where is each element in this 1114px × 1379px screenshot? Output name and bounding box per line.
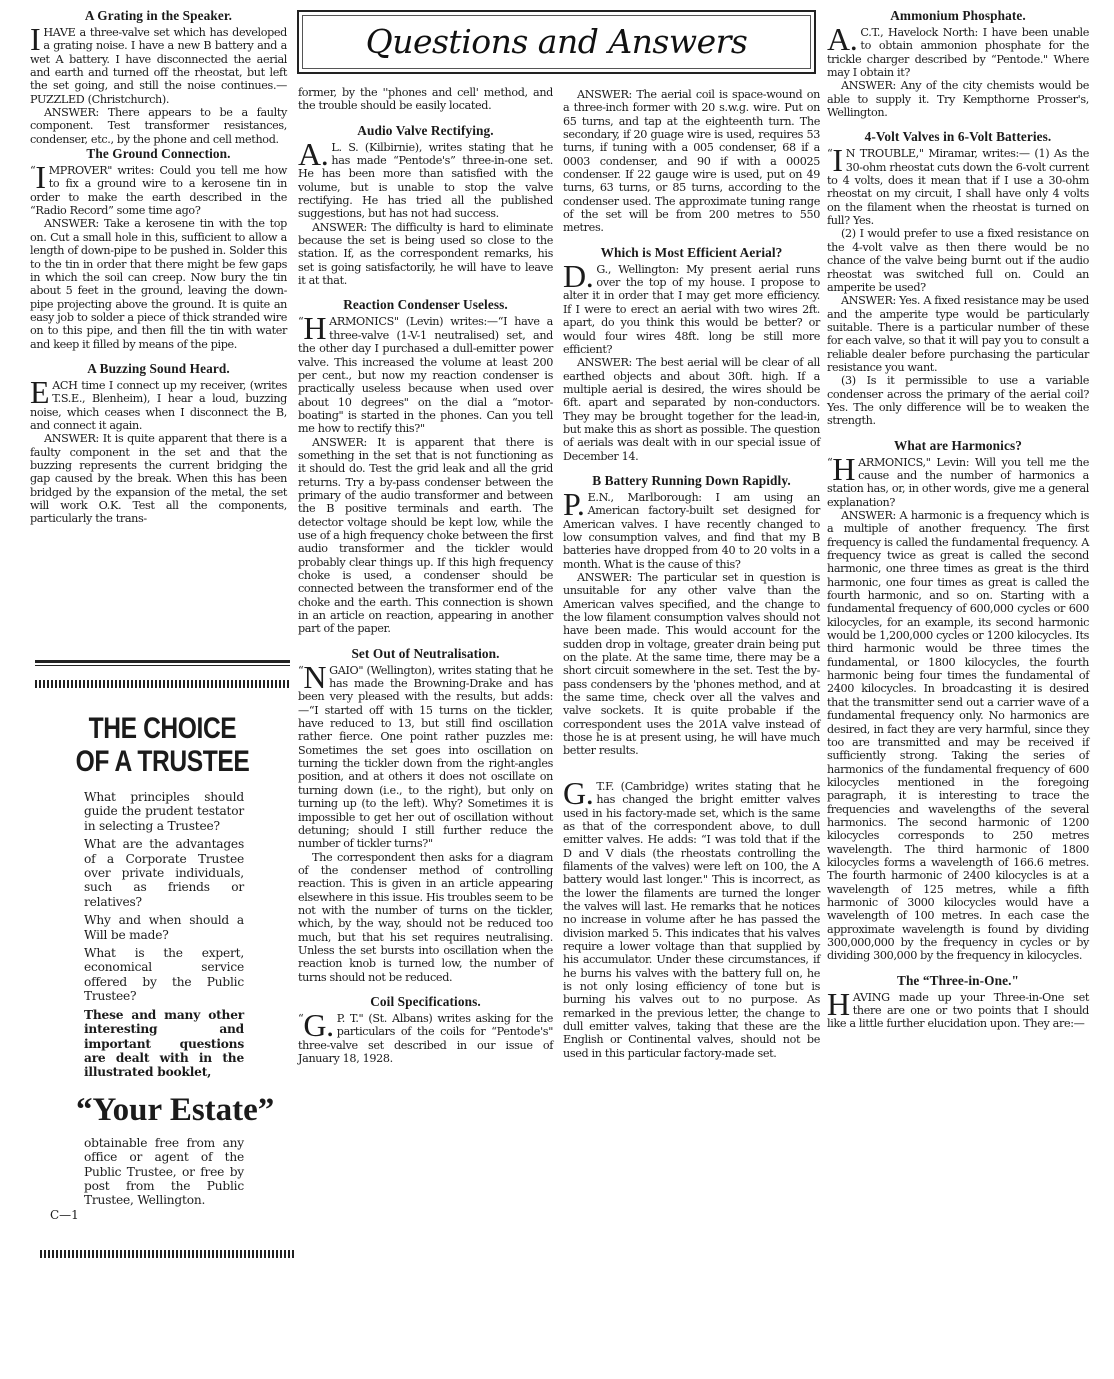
article-heading: Reaction Condenser Useless.: [298, 297, 553, 313]
article-question: L. S. (Kilbirnie), writes stating that h…: [298, 141, 553, 221]
drop-cap: A.: [827, 27, 857, 51]
article-question: E.N., Marlborough: I am using an America…: [563, 491, 820, 571]
section-title-box: Questions and Answers: [297, 10, 816, 74]
article-answer: ANSWER: It is quite apparent that there …: [30, 432, 287, 525]
article-question: ARMONICS" (Levin) writes:—“I have a thre…: [298, 315, 553, 435]
divider-rule: [35, 665, 290, 666]
ad-booklet-title: “Your Estate”: [76, 1090, 244, 1130]
article-answer: The correspondent then asks for a diagra…: [298, 851, 553, 984]
article-question: ACH time I connect up my receiver, (writ…: [30, 379, 287, 432]
article-text: T.F. (Cambridge) writes stating that he …: [563, 780, 820, 1060]
ad-code: C—1: [50, 1208, 79, 1222]
article-heading: Which is Most Efficient Aerial?: [563, 245, 820, 261]
drop-cap: E: [30, 380, 49, 404]
article-question: MPROVER" writes: Could you tell me how t…: [30, 164, 287, 217]
drop-cap: I: [832, 148, 842, 172]
article-harmonics: What are Harmonics? “HARMONICS," Levin: …: [827, 438, 1089, 963]
article-heading: Set Out of Neutralisation.: [298, 646, 553, 662]
article-ground-connection: The Ground Connection. “IMPROVER" writes…: [30, 146, 287, 351]
article-audio-valve: Audio Valve Rectifying. A.L. S. (Kilbirn…: [298, 123, 553, 288]
article-neutralisation: Set Out of Neutralisation. “NGAIO" (Well…: [298, 646, 553, 984]
drop-cap: N: [303, 665, 326, 689]
article-question: ARMONICS," Levin: Will you tell me the c…: [827, 456, 1089, 509]
article-answer: ANSWER: There appears to be a faulty com…: [30, 106, 287, 146]
ad-question: Why and when should a Will be made?: [84, 913, 244, 942]
article-heading: Ammonium Phosphate.: [827, 8, 1089, 24]
article-heading: What are Harmonics?: [827, 438, 1089, 454]
hatched-border: [40, 1250, 295, 1258]
article-question: N TROUBLE," Miramar, writes:— (1) As the…: [827, 147, 1089, 227]
drop-cap: A.: [298, 142, 328, 166]
article-question: AVING made up your Three-in-One set ther…: [827, 991, 1089, 1031]
article-question: P. T." (St. Albans) writes asking for th…: [298, 1012, 553, 1065]
column-2: former, by the ''phones and cell' method…: [298, 86, 553, 1065]
article-answer: ANSWER: The best aerial will be clear of…: [563, 356, 820, 463]
article-question-3: (3) Is it permissible to use a variable …: [827, 374, 1089, 427]
article-answer: ANSWER: A harmonic is a frequency which …: [827, 509, 1089, 963]
article-heading: 4-Volt Valves in 6-Volt Batteries.: [827, 129, 1089, 145]
drop-cap: G.: [563, 781, 593, 805]
drop-cap: H: [303, 316, 326, 340]
column-3: ANSWER: The aerial coil is space-wound o…: [563, 88, 820, 1060]
drop-cap: I: [35, 165, 45, 189]
divider-rule: [35, 660, 290, 663]
article-question: GAIO" (Wellington), writes stating that …: [298, 664, 553, 850]
article-heading: The Ground Connection.: [30, 146, 287, 162]
article-answer: ANSWER: The difficulty is hard to elimin…: [298, 221, 553, 288]
ad-body: These and many other interesting and imp…: [84, 1008, 244, 1080]
article-heading: Coil Specifications.: [298, 994, 553, 1010]
continued-answer: ANSWER: The aerial coil is space-wound o…: [563, 88, 820, 235]
article-buzzing-sound: A Buzzing Sound Heard. EACH time I conne…: [30, 361, 287, 526]
article-grating: A Grating in the Speaker. IHAVE a three-…: [30, 8, 287, 146]
article-answer: ANSWER: Take a kerosene tin with the top…: [30, 217, 287, 350]
drop-cap: P.: [563, 492, 585, 516]
article-answer: ANSWER: Any of the city chemists would b…: [827, 79, 1089, 119]
continued-text: former, by the ''phones and cell' method…: [298, 86, 553, 113]
ad-question: What principles should guide the prudent…: [84, 790, 244, 833]
page-title: Questions and Answers: [299, 12, 814, 72]
article-heading: A Grating in the Speaker.: [30, 8, 287, 24]
article-4-volt-valves: 4-Volt Valves in 6-Volt Batteries. “IN T…: [827, 129, 1089, 427]
ad-footer: obtainable free from any office or agent…: [84, 1136, 244, 1208]
drop-cap: D.: [563, 264, 593, 288]
article-efficient-aerial: Which is Most Efficient Aerial? D.G., We…: [563, 245, 820, 463]
article-three-in-one: The “Three-in-One." HAVING made up your …: [827, 973, 1089, 1031]
drop-cap: I: [30, 27, 40, 51]
article-reaction-condenser: Reaction Condenser Useless. “HARMONICS" …: [298, 297, 553, 635]
drop-cap: H: [832, 457, 855, 481]
ad-headline: THE CHOICE: [62, 712, 263, 745]
drop-cap: H: [827, 992, 850, 1016]
article-coil-specifications: Coil Specifications. “G.P. T." (St. Alba…: [298, 994, 553, 1065]
article-answer: ANSWER: The particular set in question i…: [563, 571, 820, 758]
article-heading: The “Three-in-One.": [827, 973, 1089, 989]
column-4: Ammonium Phosphate. A.C.T., Havelock Nor…: [827, 8, 1089, 1031]
article-question: C.T., Havelock North: I have been unable…: [827, 26, 1089, 79]
article-b-battery: B Battery Running Down Rapidly. P.E.N., …: [563, 473, 820, 758]
ad-question: What are the advantages of a Corporate T…: [84, 837, 244, 909]
article-question-2: (2) I would prefer to use a fixed resist…: [827, 227, 1089, 294]
article-heading: Audio Valve Rectifying.: [298, 123, 553, 139]
drop-cap: G.: [303, 1013, 333, 1037]
article-heading: A Buzzing Sound Heard.: [30, 361, 287, 377]
article-answer: ANSWER: It is apparent that there is som…: [298, 436, 553, 636]
article-question: HAVE a three-valve set which has develop…: [30, 26, 287, 106]
hatched-border: [35, 680, 290, 688]
article-question: G., Wellington: My present aerial runs o…: [563, 263, 820, 356]
ad-question: What is the expert, economical service o…: [84, 946, 244, 1004]
article-answer: ANSWER: Yes. A fixed resistance may be u…: [827, 294, 1089, 374]
article-heading: B Battery Running Down Rapidly.: [563, 473, 820, 489]
article-ammonium-phosphate: Ammonium Phosphate. A.C.T., Havelock Nor…: [827, 8, 1089, 119]
ad-headline: OF A TRUSTEE: [62, 745, 263, 778]
column-1: A Grating in the Speaker. IHAVE a three-…: [30, 0, 287, 526]
article-dull-emitter: G.T.F. (Cambridge) writes stating that h…: [563, 780, 820, 1060]
